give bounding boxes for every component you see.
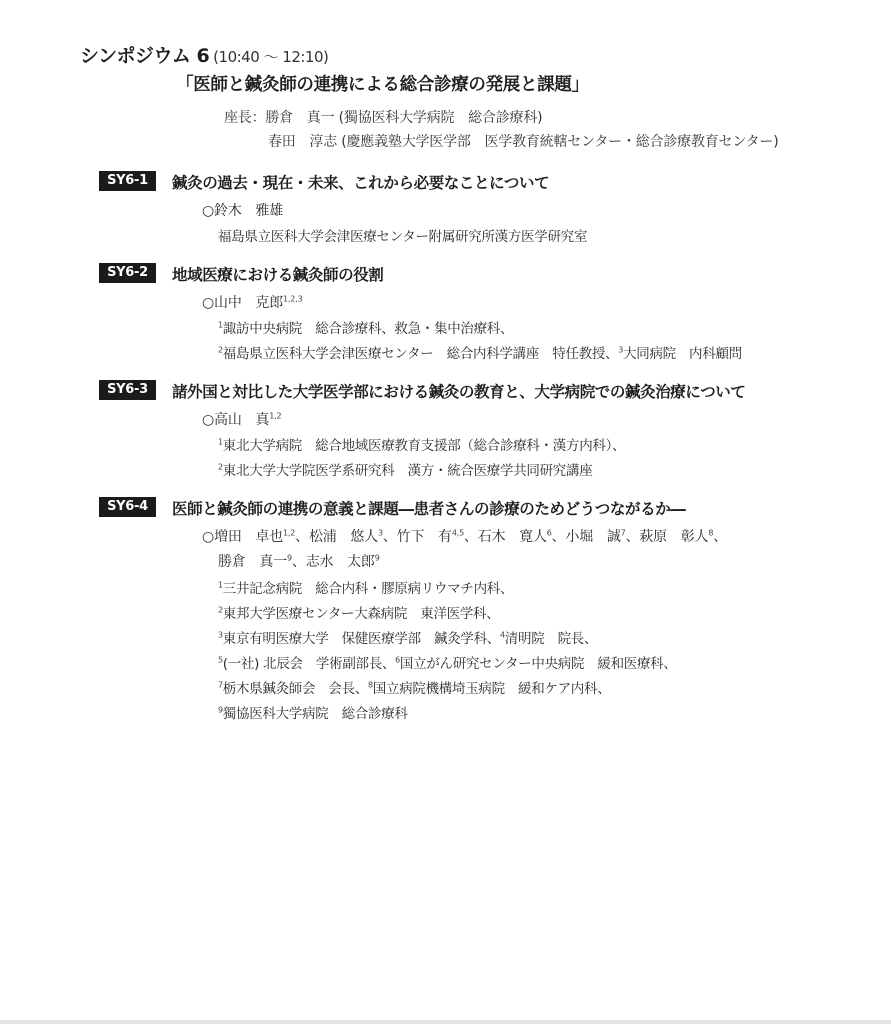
- presentation-authors-line-1: ○増田 卓也1,2、松浦 悠人3、竹下 有4,5、石木 寛人6、小堀 誠7、萩原…: [202, 526, 727, 546]
- page-bottom-edge: [0, 1020, 891, 1024]
- chair-line-1: 座長：勝倉 真一 (獨協医科大学病院 総合診療科): [224, 107, 542, 127]
- presentation-title: 鍼灸の過去・現在・未来、これから必要なことについて: [172, 171, 549, 193]
- presentation-id-badge: SY6-1: [99, 171, 156, 191]
- presentation-title: 医師と鍼灸師の連携の意義と課題―患者さんの診療のためどうつながるか―: [172, 497, 685, 519]
- presentation-affiliation: 2福島県立医科大学会津医療センター 総合内科学講座 特任教授、3大同病院 内科顧…: [218, 342, 742, 362]
- symposium-heading: シンポジウム 6(10:40 〜 12:10): [80, 41, 328, 68]
- presentation-id-badge: SY6-3: [99, 380, 156, 400]
- presentation-affiliation: 1三井記念病院 総合内科・膠原病リウマチ内科、: [218, 577, 513, 597]
- chair-label: 座長：: [224, 110, 265, 126]
- presentation-affiliation: 7栃木県鍼灸師会 会長、8国立病院機構埼玉病院 緩和ケア内科、: [218, 677, 610, 697]
- presentation-title: 地域医療における鍼灸師の役割: [172, 263, 383, 285]
- presentation-title: 諸外国と対比した大学医学部における鍼灸の教育と、大学病院での鍼灸治療について: [172, 380, 746, 402]
- presentation-id-badge: SY6-2: [99, 263, 156, 283]
- presentation-affiliation: 1諏訪中央病院 総合診療科、救急・集中治療科、: [218, 317, 513, 337]
- symposium-label: シンポジウム 6: [80, 45, 209, 67]
- presentation-author: ○山中 克郎1,2,3: [202, 292, 302, 312]
- presentation-author: ○鈴木 雅雄: [202, 200, 283, 220]
- presentation-affiliation: 9獨協医科大学病院 総合診療科: [218, 702, 408, 722]
- presentation-author: ○高山 真1,2: [202, 409, 281, 429]
- presentation-affiliation: 5(一社) 北辰会 学術副部長、6国立がん研究センター中央病院 緩和医療科、: [218, 652, 677, 672]
- session-time: (10:40 〜 12:10): [213, 48, 328, 66]
- presentation-affiliation: 2東邦大学医療センター大森病院 東洋医学科、: [218, 602, 499, 622]
- symposium-theme: 「医師と鍼灸師の連携による総合診療の発展と課題」: [176, 71, 589, 96]
- presentation-id-badge: SY6-4: [99, 497, 156, 517]
- chair-1: 勝倉 真一 (獨協医科大学病院 総合診療科): [265, 110, 542, 126]
- presentation-affiliation: 2東北大学大学院医学系研究科 漢方・統合医療学共同研究講座: [218, 459, 592, 479]
- presentation-affiliation: 1東北大学病院 総合地域医療教育支援部（総合診療科・漢方内科）、: [218, 434, 625, 454]
- presentation-affiliation: 福島県立医科大学会津医療センター附属研究所漢方医学研究室: [218, 225, 587, 245]
- chair-2: 春田 淳志 (慶應義塾大学医学部 医学教育統轄センター・総合診療教育センター): [268, 131, 778, 151]
- presentation-authors-line-2: 勝倉 真一9、志水 太郎9: [218, 551, 380, 571]
- presentation-affiliation: 3東京有明医療大学 保健医療学部 鍼灸学科、4清明院 院長、: [218, 627, 597, 647]
